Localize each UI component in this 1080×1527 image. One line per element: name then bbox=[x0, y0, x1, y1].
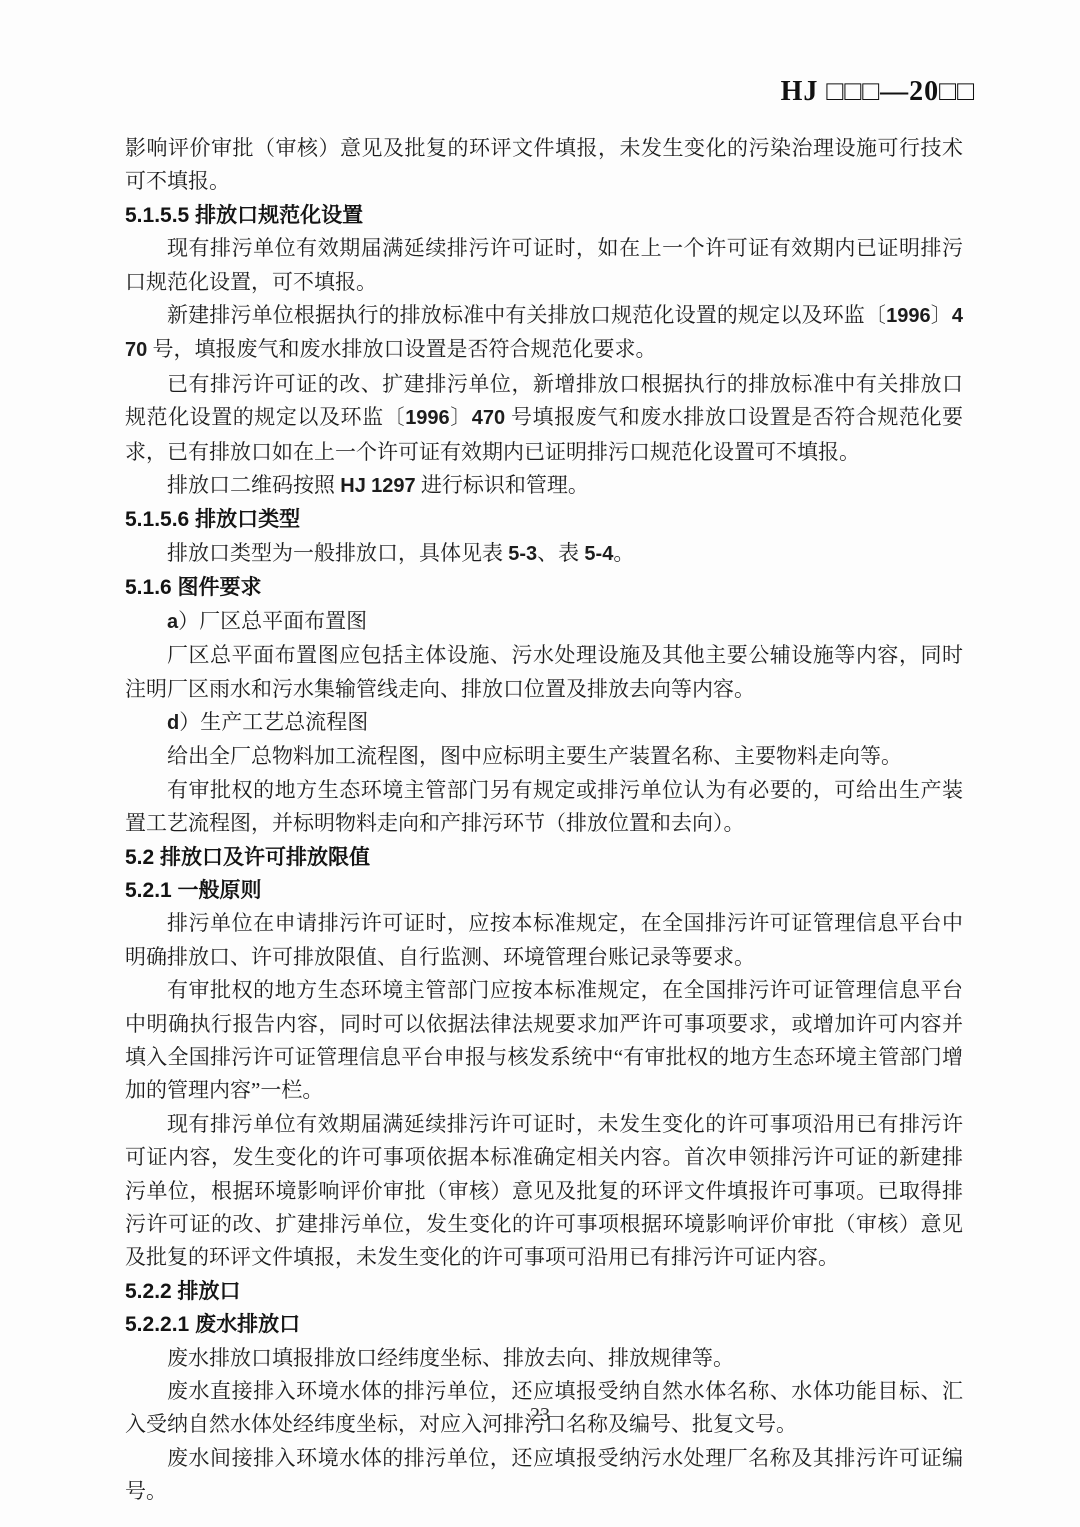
inline-number: 1297 bbox=[371, 475, 416, 497]
inline-number: HJ bbox=[340, 475, 366, 497]
inline-number: a bbox=[167, 611, 178, 633]
paragraph: 排放口二维码按照 HJ 1297 进行标识和管理。 bbox=[125, 469, 963, 503]
paragraph: 厂区总平面布置图应包括主体设施、污水处理设施及其他主要公辅设施等内容，同时注明厂… bbox=[125, 639, 963, 706]
section-heading: 5.2 排放口及许可排放限值 bbox=[125, 841, 963, 874]
inline-number: 470 bbox=[472, 407, 505, 429]
inline-number: 1996 bbox=[405, 407, 450, 429]
inline-number: 5-4 bbox=[584, 543, 613, 565]
paragraph: a）厂区总平面布置图 bbox=[125, 605, 963, 639]
inline-number: 1996 bbox=[886, 305, 931, 327]
section-heading: 5.2.1 一般原则 bbox=[125, 874, 963, 907]
paragraph: d）生产工艺总流程图 bbox=[125, 706, 963, 740]
inline-number: 5.2.2 bbox=[125, 1280, 172, 1303]
document-page: HJ □□□—20□□ 影响评价审批（审核）意见及批复的环评文件填报，未发生变化… bbox=[0, 0, 1080, 1527]
inline-number: 5.1.6 bbox=[125, 576, 172, 599]
document-body: 影响评价审批（审核）意见及批复的环评文件填报，未发生变化的污染治理设施可行技术可… bbox=[125, 132, 963, 1509]
paragraph: 废水排放口填报排放口经纬度坐标、排放去向、排放规律等。 bbox=[125, 1342, 963, 1375]
paragraph: 废水间接排入环境水体的排污单位，还应填报受纳污水处理厂名称及其排污许可证编号。 bbox=[125, 1442, 963, 1509]
paragraph: 已有排污许可证的改、扩建排污单位，新增排放口根据执行的排放标准中有关排放口规范化… bbox=[125, 368, 963, 469]
inline-number: 5.1.5.5 bbox=[125, 204, 189, 227]
page-number: 23 bbox=[0, 1404, 1080, 1427]
section-heading: 5.2.2.1 废水排放口 bbox=[125, 1308, 963, 1341]
paragraph: 给出全厂总物料加工流程图，图中应标明主要生产装置名称、主要物料走向等。 bbox=[125, 740, 963, 773]
inline-number: 5.2.2.1 bbox=[125, 1313, 189, 1336]
paragraph: 有审批权的地方生态环境主管部门应按本标准规定，在全国排污许可证管理信息平台中明确… bbox=[125, 974, 963, 1108]
inline-number: 5.1.5.6 bbox=[125, 508, 189, 531]
paragraph: 现有排污单位有效期届满延续排污许可证时，如在上一个许可证有效期内已证明排污口规范… bbox=[125, 232, 963, 299]
inline-number: d bbox=[167, 712, 179, 734]
paragraph: 影响评价审批（审核）意见及批复的环评文件填报，未发生变化的污染治理设施可行技术可… bbox=[125, 132, 963, 199]
inline-number: 5.2.1 bbox=[125, 879, 172, 902]
section-heading: 5.2.2 排放口 bbox=[125, 1275, 963, 1308]
doc-number-header: HJ □□□—20□□ bbox=[125, 76, 975, 108]
paragraph: 排放口类型为一般排放口，具体见表 5-3、表 5-4。 bbox=[125, 537, 963, 571]
section-heading: 5.1.6 图件要求 bbox=[125, 571, 963, 604]
section-heading: 5.1.5.5 排放口规范化设置 bbox=[125, 199, 963, 232]
paragraph: 排污单位在申请排污许可证时，应按本标准规定，在全国排污许可证管理信息平台中明确排… bbox=[125, 907, 963, 974]
inline-number: 470 bbox=[125, 305, 963, 361]
inline-number: 5-3 bbox=[508, 543, 537, 565]
section-heading: 5.1.5.6 排放口类型 bbox=[125, 503, 963, 536]
paragraph: 有审批权的地方生态环境主管部门另有规定或排污单位认为有必要的，可给出生产装置工艺… bbox=[125, 774, 963, 841]
paragraph: 新建排污单位根据执行的排放标准中有关排放口规范化设置的规定以及环监〔1996〕4… bbox=[125, 299, 963, 368]
inline-number: 5.2 bbox=[125, 846, 154, 869]
paragraph: 现有排污单位有效期届满延续排污许可证时，未发生变化的许可事项沿用已有排污许可证内… bbox=[125, 1108, 963, 1275]
